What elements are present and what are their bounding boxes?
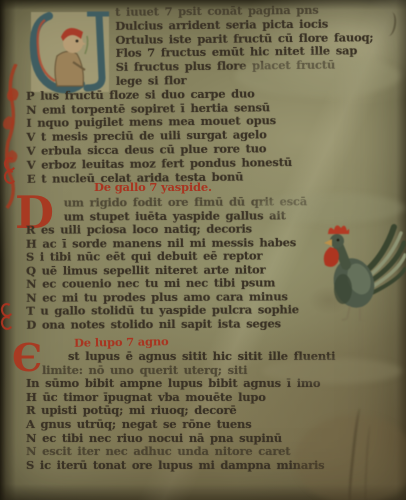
text-line: um rigido fodit ore fimū dū qrit escā [64,195,307,210]
text-line: limite: nō uno querit uterq; siti [42,364,335,378]
fable-gallo-text: um rigido fodit ore fimū dū qrit escā um… [26,195,308,332]
parchment-crease [382,11,397,36]
text-line: N escit iter nec adhuc unda nitore caret [26,445,335,459]
text-line: t iuuet 7 psit conāt pagina pns [115,3,373,19]
text-line: D ona notes stolido nil sapit ista seges [26,317,307,332]
rubric-heading-gallo: De gallo 7 yaspide. [94,180,212,194]
text-line: R upisti potūq; mi riuoq; decorē [26,404,335,418]
rooster-art [316,221,406,321]
fable-lupo-text: st lupus ē agnus sitit hic sitit ille fl… [26,350,335,472]
parchment-crease [364,425,374,500]
text-line: In sūmo bibit ampne lupus bibit agnus ī … [26,377,335,391]
text-line: Si fructus plus flore placet fructū [116,58,374,74]
prologue-text: t iuuet 7 psit conāt pagina pns Dulcius … [25,3,375,186]
rubric-heading-lupo: De lupo 7 agno [74,334,169,350]
text-line: st lupus ē agnus sitit hic sitit ille fl… [68,350,335,364]
text-line: H ūc timor īpugnat vba mouēte lupo [26,391,335,405]
text-line: S ic iterū tonat ore lupus mi dampna min… [26,459,335,473]
paragraph-mark [0,315,14,331]
text-line: N ec tibi nec riuo nocui nā pna supinū [26,432,335,446]
text-line: A gnus utrūq; negat se rōne tuens [26,418,335,432]
manuscript-page-photo: V t iuuet 7 psit conāt pagina pns Dulciu… [0,0,406,500]
rooster-illustration [316,221,406,325]
parchment-crease [347,408,365,500]
